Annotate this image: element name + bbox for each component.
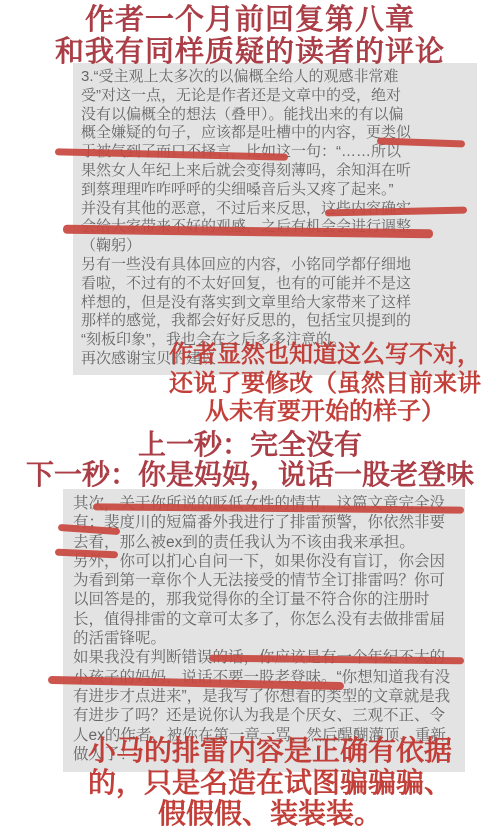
quote-text-line: 去看，那么被ex到的责任我认为不该由我来承担。 <box>73 533 465 552</box>
annotation-line: 从未有要开始的样子） <box>150 398 500 427</box>
quote-text-line: 以回答是的，那我觉得你的全订量不符合你的注册时 <box>73 590 465 609</box>
quote-text-line: 受”对这一点，无论是作者还是文章中的受，绝对 <box>81 87 469 106</box>
middle-annotation-title: 上一秒：完全没有下一秒：你是妈妈，说话一股老登味 <box>0 430 500 490</box>
quote-text-line: 看啦，不过有的不太好回复，也有的可能并不是这 <box>81 275 469 294</box>
quote-text-line: 另有一些没有具体回应的内容，小铭同学都仔细地 <box>81 256 469 275</box>
quote-text-line: 那样的感觉，我都会好好反思的，包括宝贝提到的 <box>81 312 469 331</box>
quote-text-line: 有进步了吗？还是说你认为我是个厌女、三观不正、令 <box>73 706 465 725</box>
quote-text-line: 另外，你可以扪心自问一下，如果你没有盲订，你会因 <box>73 552 465 571</box>
bottom-annotation-text: 小马的排雷内容是正确有依据的，只是名造在试图骗骗骗、假假假、装装装。 <box>40 735 500 827</box>
quote-text-line: 有进步才点进来”，是我写了你想看的类型的文章就是我 <box>73 687 465 706</box>
quote-text-line: 到蔡理理咋咋呼呼的尖细嗓音后头又疼了起来。” <box>81 181 469 200</box>
quote-text-line: 3.“受主观上太多次的以偏概全给人的观感非常难 <box>81 68 469 87</box>
annotation-line: 还说了要修改（虽然目前来讲 <box>150 370 500 399</box>
quote-text-line: 没有以偏概全的想法（叠甲）。能找出来的有以偏 <box>81 106 469 125</box>
quoted-author-reply-block: 3.“受主观上太多次的以偏概全给人的观感非常难受”对这一点，无论是作者还是文章中… <box>73 63 477 375</box>
quote-text-line: 样想的，但是没有落实到文章里给大家带来了这样 <box>81 294 469 313</box>
annotation-line: 的，只是名造在试图骗骗骗、 <box>40 767 500 799</box>
annotation-line: 作者显然也知道这么写不对， <box>150 341 500 370</box>
title-line: 作者一个月前回复第八章 <box>0 4 500 36</box>
quote-text-line: 的活雷锋呢。 <box>73 629 465 648</box>
middle-annotation-text: 作者显然也知道这么写不对，还说了要修改（虽然目前来讲从未有要开始的样子） <box>150 341 500 427</box>
title-line: 上一秒：完全没有 <box>0 430 500 460</box>
annotation-line: 小马的排雷内容是正确有依据 <box>40 735 500 767</box>
quote-text-line: 为看到第一章你个人无法接受的情节全订排雷吗？你可 <box>73 571 465 590</box>
quote-text-line: 有；裴度川的短篇番外我进行了排雷预警，你依然非要 <box>73 513 465 532</box>
annotation-line: 假假假、装装装。 <box>40 798 500 827</box>
quote-text-line: 长，值得排雷的文章可太多了，你怎么没有去做排雷届 <box>73 610 465 629</box>
annotated-comment-screenshot: 作者一个月前回复第八章和我有同样质疑的读者的评论 3.“受主观上太多次的以偏概全… <box>0 0 500 827</box>
top-annotation-title: 作者一个月前回复第八章和我有同样质疑的读者的评论 <box>0 4 500 68</box>
title-line: 和我有同样质疑的读者的评论 <box>0 36 500 68</box>
quote-text-line: 果然女人年纪上来后就会变得刻薄吗，余知洱在听 <box>81 162 469 181</box>
quoted-author-reply-block-2: 其次，关于你所说的贬低女性的情节，这篇文章完全没有；裴度川的短篇番外我进行了排雷… <box>63 489 465 772</box>
quote-text-line: （鞠躬） <box>81 237 469 256</box>
title-line: 下一秒：你是妈妈，说话一股老登味 <box>0 460 500 490</box>
